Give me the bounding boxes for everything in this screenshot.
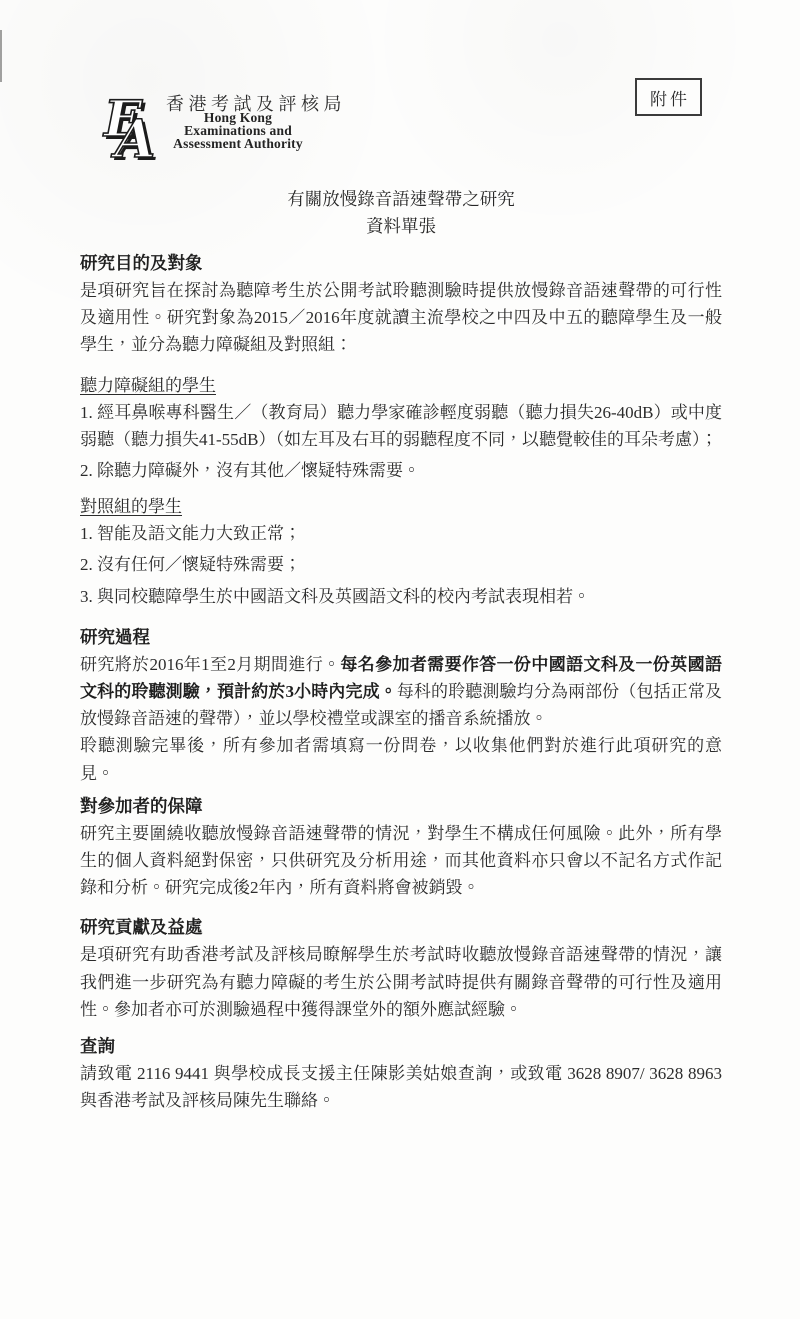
list-item: 1. 經耳鼻喉專科醫生／（教育局）聽力學家確診輕度弱聽（聽力損失26-40dB）… bbox=[80, 399, 722, 453]
paragraph: 是項研究有助香港考試及評核局瞭解學生於考試時收聽放慢錄音語速聲帶的情況，讓我們進… bbox=[80, 941, 722, 1023]
document-title-block: 有關放慢錄音語速聲帶之研究 資料單張 bbox=[80, 186, 722, 240]
list-item: 1. 智能及語文能力大致正常； bbox=[80, 520, 722, 547]
document-page: E E A A 香港考試及評核局 Hong Kong Examinations … bbox=[0, 0, 800, 1319]
paragraph: 研究將於2016年1至2月期間進行。每名參加者需要作答一份中國語文科及一份英國語… bbox=[80, 651, 722, 733]
section-heading: 研究過程 bbox=[80, 624, 722, 651]
section-contribution-benefits: 研究貢獻及益處 是項研究有助香港考試及評核局瞭解學生於考試時收聽放慢錄音語速聲帶… bbox=[80, 914, 722, 1023]
section-heading: 對參加者的保障 bbox=[80, 793, 722, 820]
section-participant-protection: 對參加者的保障 研究主要圍繞收聽放慢錄音語速聲帶的情況，對學生不構成任何風險。此… bbox=[80, 793, 722, 902]
logo-letter-a: A bbox=[110, 109, 155, 164]
section-hearing-impaired-group: 聽力障礙組的學生 1. 經耳鼻喉專科醫生／（教育局）聽力學家確診輕度弱聽（聽力損… bbox=[80, 372, 722, 485]
list-item: 3. 與同校聽障學生於中國語文科及英國語文科的校內考試表現相若。 bbox=[80, 583, 722, 610]
section-research-purpose: 研究目的及對象 是項研究旨在探討為聽障考生於公開考試聆聽測驗時提供放慢錄音語速聲… bbox=[80, 250, 722, 359]
section-heading: 對照組的學生 bbox=[80, 493, 722, 520]
section-research-process: 研究過程 研究將於2016年1至2月期間進行。每名參加者需要作答一份中國語文科及… bbox=[80, 624, 722, 787]
section-heading: 查詢 bbox=[80, 1033, 722, 1060]
section-enquiries: 查詢 請致電 2116 9441 與學校成長支援主任陳影美姑娘查詢，或致電 36… bbox=[80, 1033, 722, 1114]
list-item: 2. 沒有任何／懷疑特殊需要； bbox=[80, 551, 722, 578]
section-heading: 聽力障礙組的學生 bbox=[80, 372, 722, 399]
section-heading: 研究目的及對象 bbox=[80, 250, 722, 277]
section-heading: 研究貢獻及益處 bbox=[80, 914, 722, 941]
document-subtitle: 資料單張 bbox=[80, 213, 722, 240]
paragraph: 是項研究旨在探討為聽障考生於公開考試聆聽測驗時提供放慢錄音語速聲帶的可行性及適用… bbox=[80, 277, 722, 359]
text-run: 研究將於2016年1至2月期間進行。 bbox=[80, 655, 340, 674]
list-item: 2. 除聽力障礙外，沒有其他／懷疑特殊需要。 bbox=[80, 457, 722, 484]
paragraph: 聆聽測驗完畢後，所有參加者需填寫一份問卷，以收集他們對於進行此項研究的意見。 bbox=[80, 732, 722, 786]
paragraph: 請致電 2116 9441 與學校成長支援主任陳影美姑娘查詢，或致電 3628 … bbox=[80, 1060, 722, 1114]
hkeaa-logo-icon: E E A A bbox=[94, 86, 158, 164]
document-title: 有關放慢錄音語速聲帶之研究 bbox=[80, 186, 722, 213]
org-name-english: Hong Kong Examinations and Assessment Au… bbox=[152, 112, 324, 150]
org-name-english-line3: Assessment Authority bbox=[152, 138, 324, 151]
section-control-group: 對照組的學生 1. 智能及語文能力大致正常； 2. 沒有任何／懷疑特殊需要； 3… bbox=[80, 493, 722, 610]
scan-artifact bbox=[0, 30, 2, 82]
attachment-stamp-box: 附件 bbox=[635, 78, 702, 116]
document-body: 有關放慢錄音語速聲帶之研究 資料單張 研究目的及對象 是項研究旨在探討為聽障考生… bbox=[80, 186, 722, 1114]
paragraph: 研究主要圍繞收聽放慢錄音語速聲帶的情況，對學生不構成任何風險。此外，所有學生的個… bbox=[80, 820, 722, 902]
attachment-label: 附件 bbox=[650, 85, 690, 110]
